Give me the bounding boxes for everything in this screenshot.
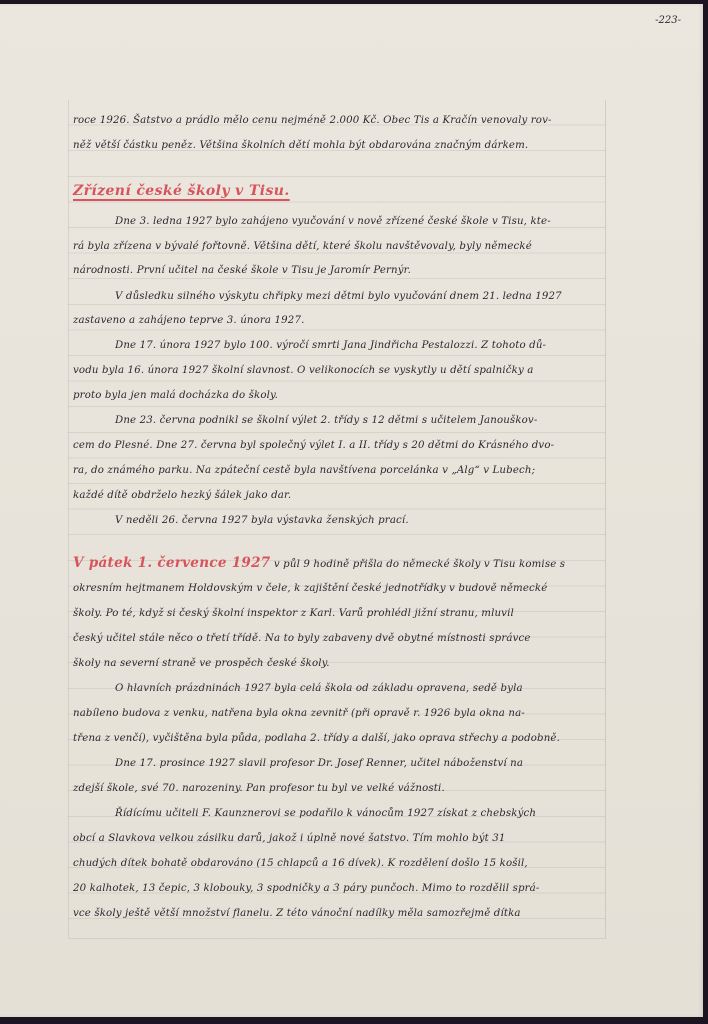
text-line: třena z venčí), vyčištěna byla půda, pod… <box>73 732 560 746</box>
text-line: zastaveno a zahájeno teprve 3. února 192… <box>73 314 304 328</box>
text-line: ra, do známého parku. Na zpáteční cestě … <box>73 464 535 478</box>
section-heading-july-1927: V pátek 1. července 1927 <box>73 555 271 571</box>
text-line: školy na severní straně ve prospěch česk… <box>73 657 330 671</box>
text-line: V pátek 1. července 1927 v půl 9 hodině … <box>73 556 565 572</box>
text-line: rá byla zřízena v bývalé fořtovně. Větši… <box>73 240 532 254</box>
text-line: V neděli 26. června 1927 byla výstavka ž… <box>73 514 409 528</box>
text-line: Dne 3. ledna 1927 bylo zahájeno vyučován… <box>73 215 551 229</box>
text-line: zdejší škole, své 70. narozeniny. Pan pr… <box>73 782 445 796</box>
text-line: V důsledku silného výskytu chřipky mezi … <box>73 290 562 304</box>
text-line: Dne 17. února 1927 bylo 100. výročí smrt… <box>73 339 546 353</box>
text-line: nabíleno budova z venku, natřena byla ok… <box>73 707 525 721</box>
text-line: proto byla jen malá docházka do školy. <box>73 389 278 403</box>
text-line: roce 1926. Šatstvo a prádlo mělo cenu ne… <box>73 114 552 128</box>
scanned-document: -223- roce 1926. Šatstvo a prádlo mělo c… <box>0 0 708 1024</box>
text-line: český učitel stále něco o třetí třídě. N… <box>73 632 531 646</box>
text-line: Dne 23. června podnikl se školní výlet 2… <box>73 414 537 428</box>
text-line: 20 kalhotek, 13 čepic, 3 klobouky, 3 spo… <box>73 882 539 896</box>
text-line: národnosti. První učitel na české škole … <box>73 264 411 278</box>
text-line: školy. Po té, když si český školní inspe… <box>73 607 514 621</box>
page-number: -223- <box>655 15 681 26</box>
text-line: něž větší částku peněz. Většina školních… <box>73 139 528 153</box>
text-line: chudých dítek bohatě obdarováno (15 chla… <box>73 857 528 871</box>
text-line: vodu byla 16. února 1927 školní slavnost… <box>73 364 533 378</box>
text-line: cem do Plesné. Dne 27. června byl společ… <box>73 439 554 453</box>
text-line: Řídícímu učiteli F. Kaunznerovi se podař… <box>73 807 536 821</box>
text-line: obcí a Slavkova velkou zásilku darů, jak… <box>73 832 506 846</box>
text-fragment: v půl 9 hodině přišla do německé školy v… <box>274 559 565 570</box>
text-line: každé dítě obdrželo hezký šálek jako dar… <box>73 489 291 503</box>
text-line: O hlavních prázdninách 1927 byla celá šk… <box>73 682 523 696</box>
paper-page: -223- roce 1926. Šatstvo a prádlo mělo c… <box>0 4 703 1017</box>
text-line: vce školy ještě větší množství flanelu. … <box>73 907 521 921</box>
text-line: okresním hejtmanem Holdovským v čele, k … <box>73 582 547 596</box>
text-line: Dne 17. prosince 1927 slavil profesor Dr… <box>73 757 523 771</box>
section-heading-czech-school: Zřízení české školy v Tisu. <box>73 184 290 198</box>
